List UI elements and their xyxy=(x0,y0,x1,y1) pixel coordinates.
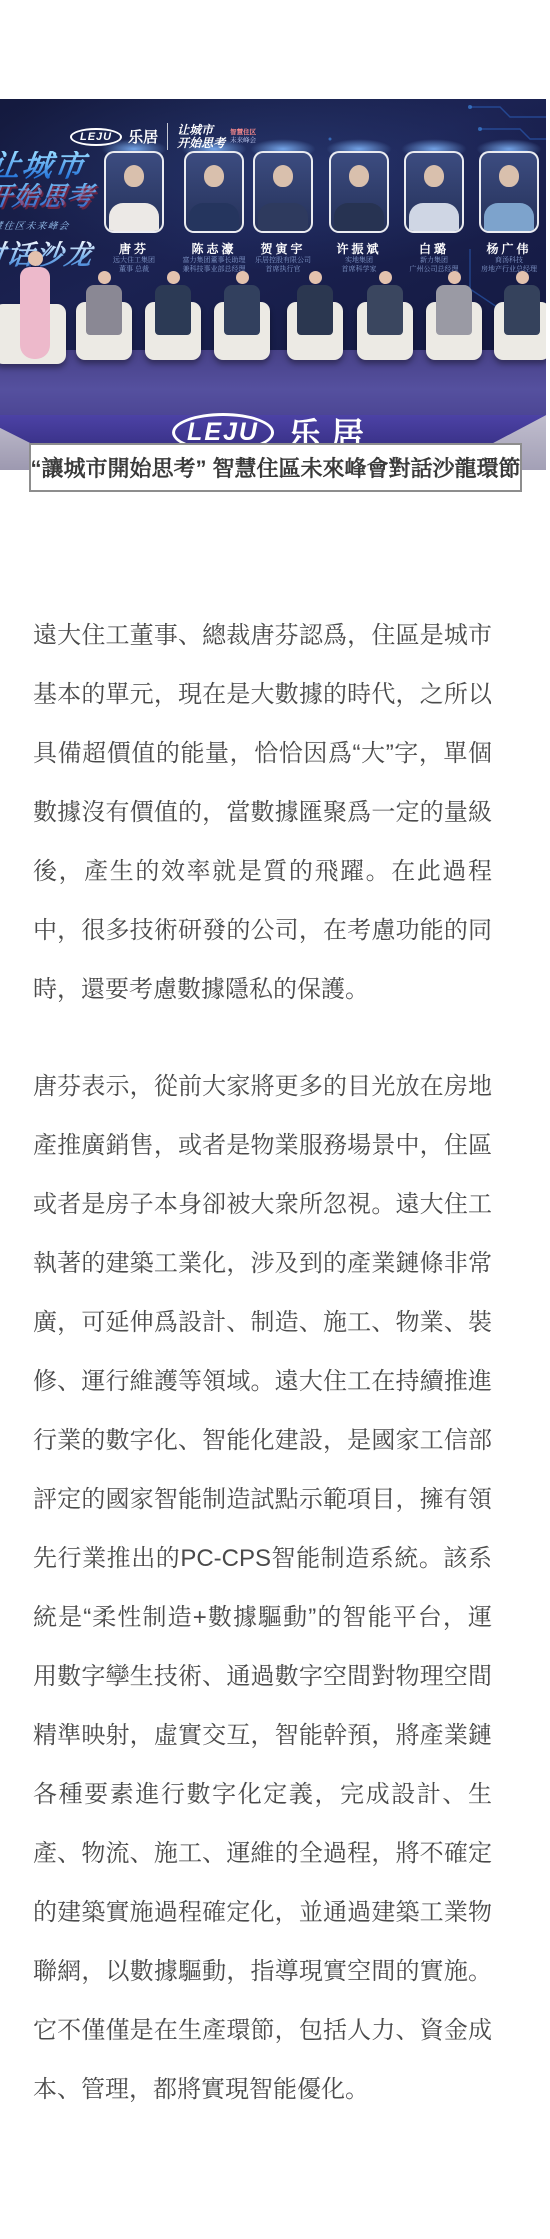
article-paragraph: 唐芬表示，從前大家將更多的目光放在房地產推廣銷售，或者是物業服務場景中，住區或者… xyxy=(33,1057,492,2119)
panelist-figure xyxy=(357,271,413,357)
speaker-card xyxy=(184,151,244,233)
panelist-figure xyxy=(494,271,546,357)
banner-tagline: 让城市 开始思考 xyxy=(177,124,225,150)
speaker-portrait-head xyxy=(273,165,293,187)
speaker-name: 陈志濠 xyxy=(174,240,254,257)
banner-small-line2: 未来峰会 xyxy=(230,137,256,144)
speaker-portrait-body xyxy=(409,203,459,233)
speaker-portrait-head xyxy=(124,165,144,187)
speaker-portrait-head xyxy=(499,165,519,187)
host-body xyxy=(20,267,50,359)
backdrop-banner: LEJU 乐居 让城市 开始思考 智慧住区 未来峰会 xyxy=(70,123,256,150)
speaker-portrait-body xyxy=(258,203,308,233)
banner-tagline-side: 智慧住区 未来峰会 xyxy=(230,129,256,145)
speaker-portrait-body xyxy=(109,203,159,233)
speaker-card xyxy=(404,151,464,233)
speaker-portrait-head xyxy=(349,165,369,187)
speaker-name: 杨广伟 xyxy=(469,240,546,257)
panelist-body xyxy=(504,285,540,335)
speaker-portrait-body xyxy=(484,203,534,233)
panelist-head xyxy=(309,271,322,284)
speaker-card xyxy=(329,151,389,233)
panelist-figure xyxy=(76,271,132,357)
panelist-head xyxy=(379,271,392,284)
article-body: 遠大住工董事、總裁唐芬認爲，住區是城市基本的單元，現在是大數據的時代，之所以具備… xyxy=(33,606,492,2119)
banner-tagline-line1: 让城市 xyxy=(177,123,213,137)
panelist-figure xyxy=(214,271,270,357)
panelist-head xyxy=(236,271,249,284)
event-photo: LEJU 乐居 让城市 开始思考 智慧住区 未来峰会 让城市 开始思考 智慧住区… xyxy=(0,99,546,470)
art-line2: 开始思考 xyxy=(0,183,104,210)
speaker-org: 商汤科技 xyxy=(461,256,546,265)
article-paragraph: 遠大住工董事、總裁唐芬認爲，住區是城市基本的單元，現在是大數據的時代，之所以具備… xyxy=(33,606,492,1019)
leju-logo-cn: 乐居 xyxy=(128,126,158,147)
speaker-card xyxy=(479,151,539,233)
speaker-portrait-body xyxy=(334,203,384,233)
art-subline: 智慧住区未来峰会 xyxy=(0,218,99,232)
panelist-body xyxy=(155,285,191,335)
art-line1: 让城市 xyxy=(0,151,108,182)
panelist-figure xyxy=(426,271,482,357)
speaker-name: 唐芬 xyxy=(94,240,174,257)
banner-small-line1: 智慧住区 xyxy=(230,129,256,136)
panelist-head xyxy=(448,271,461,284)
panelist-body xyxy=(297,285,333,335)
panelist-head xyxy=(98,271,111,284)
speaker-card xyxy=(253,151,313,233)
panelist-body xyxy=(86,285,122,335)
article-page: LEJU 乐居 让城市 开始思考 智慧住区 未来峰会 让城市 开始思考 智慧住区… xyxy=(0,99,550,2119)
speaker-name: 白璐 xyxy=(394,240,474,257)
panelist-figure xyxy=(145,271,201,357)
speaker-portrait-body xyxy=(189,203,239,233)
panelist-body xyxy=(224,285,260,335)
event-photo-figure: LEJU 乐居 让城市 开始思考 智慧住区 未来峰会 让城市 开始思考 智慧住区… xyxy=(0,99,546,492)
speaker-card xyxy=(104,151,164,233)
banner-divider xyxy=(167,123,168,150)
speaker-name: 许振斌 xyxy=(319,240,399,257)
speaker-portrait-head xyxy=(204,165,224,187)
speaker-portrait-head xyxy=(424,165,444,187)
host-figure xyxy=(14,251,58,366)
panelist-body xyxy=(367,285,403,335)
photo-caption: “讓城市開始思考” 智慧住區未來峰會對話沙龍環節 xyxy=(29,443,522,492)
speaker-name: 贺寅宇 xyxy=(243,240,323,257)
leju-logo-icon: LEJU xyxy=(70,128,122,146)
panelist-head xyxy=(516,271,529,284)
banner-tagline-line2: 开始思考 xyxy=(177,136,225,150)
host-head xyxy=(28,251,43,266)
panelist-figure xyxy=(287,271,343,357)
panelist-body xyxy=(436,285,472,335)
panelist-head xyxy=(167,271,180,284)
